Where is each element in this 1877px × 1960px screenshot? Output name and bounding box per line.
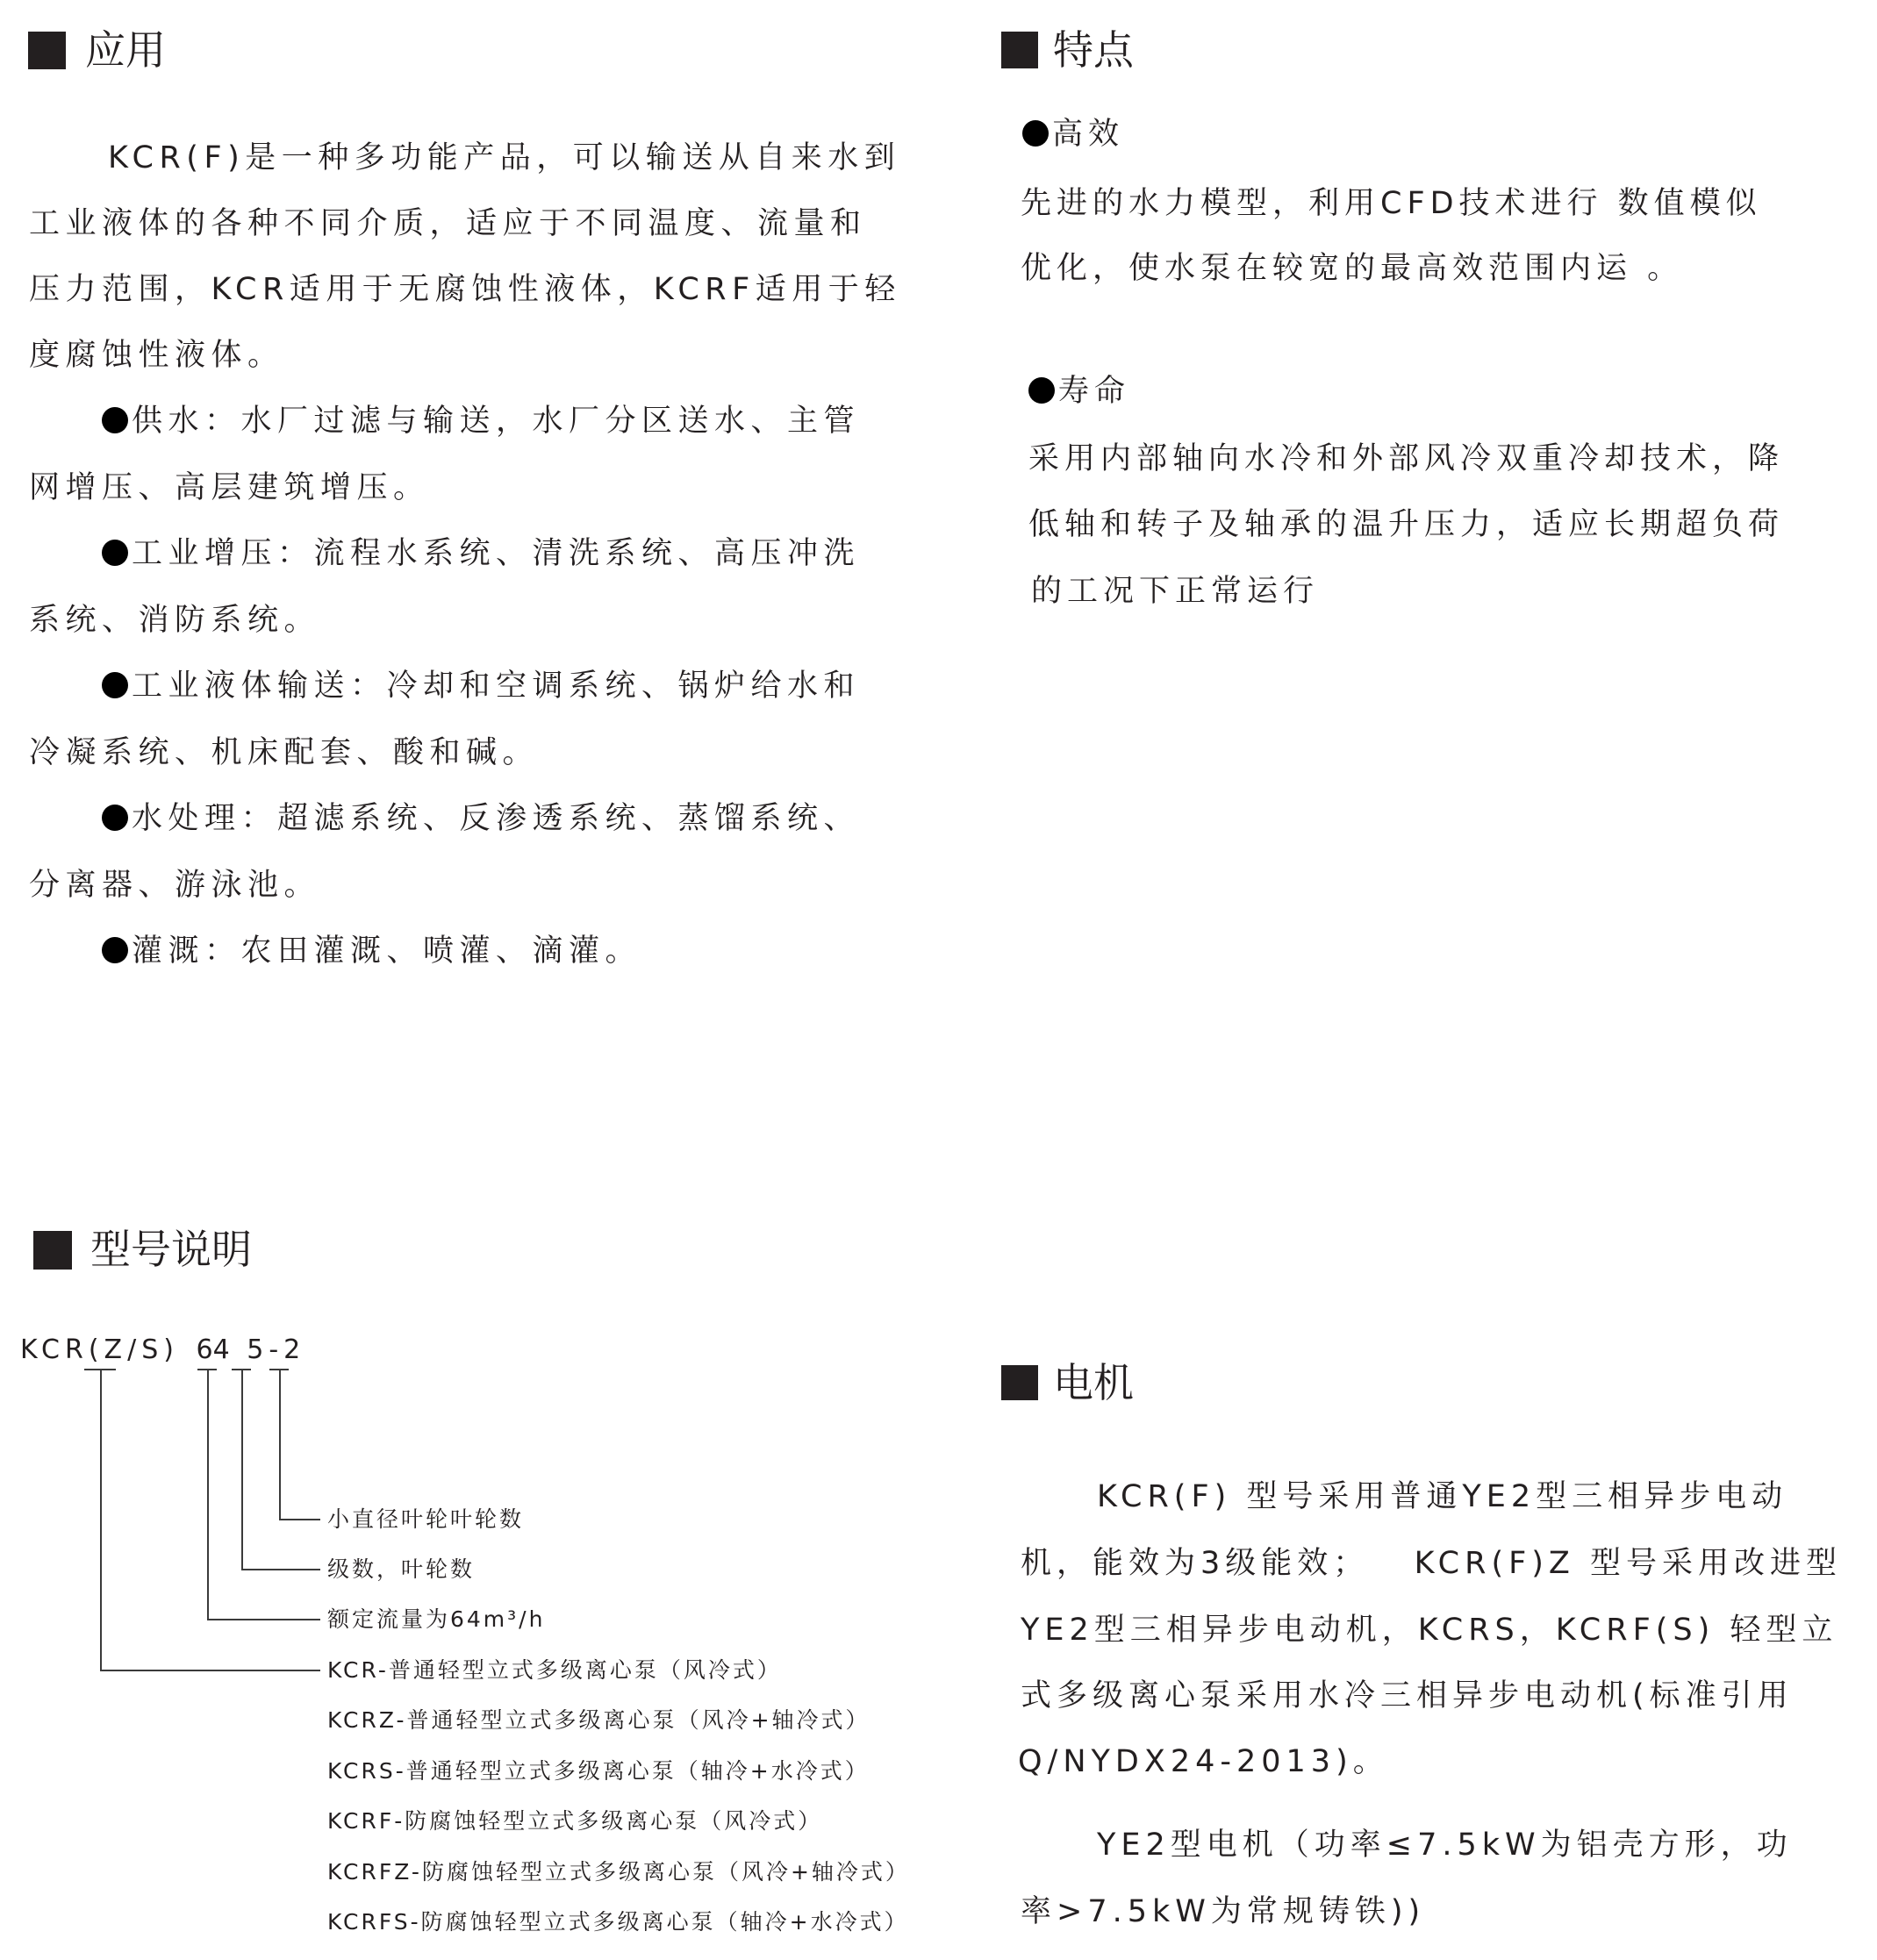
model-label-series: KCRF-防腐蚀轻型立式多级离心泵（风冷式） bbox=[327, 1808, 822, 1835]
application-item-cont: 网增压、高层建筑增压。 bbox=[29, 470, 430, 505]
model-label-series: KCR-普通轻型立式多级离心泵（风冷式） bbox=[327, 1657, 782, 1684]
application-item: 工业增压：流程水系统、清洗系统、高压冲洗 bbox=[102, 536, 860, 571]
leader-line bbox=[241, 1369, 243, 1570]
heading-square-icon bbox=[1001, 32, 1038, 68]
leader-line bbox=[207, 1619, 320, 1620]
model-code-dash: - bbox=[269, 1334, 283, 1365]
model-code-small-impellers: 2 bbox=[283, 1334, 305, 1365]
application-intro-line: KCR(F)是一种多功能产品，可以输送从自来水到 bbox=[108, 140, 900, 175]
model-code-flow: 64 bbox=[196, 1334, 229, 1365]
application-item: 水处理：超滤系统、反渗透系统、蒸馏系统、 bbox=[102, 801, 860, 836]
leader-line bbox=[241, 1569, 320, 1570]
model-title: 型号说明 bbox=[90, 1227, 252, 1271]
leader-line bbox=[100, 1369, 102, 1670]
model-code: KCR(Z/S) 64 5-2 bbox=[20, 1335, 305, 1365]
leader-line bbox=[207, 1369, 209, 1620]
motor-line: Q/NYDX24-2013)。 bbox=[1018, 1744, 1389, 1779]
feature-heading: 寿命 bbox=[1028, 374, 1130, 409]
application-item-cont: 冷凝系统、机床配套、酸和碱。 bbox=[29, 735, 539, 770]
application-item-cont: 分离器、游泳池。 bbox=[29, 868, 320, 903]
heading-square-icon bbox=[28, 32, 66, 69]
model-code-stages: 5 bbox=[247, 1334, 269, 1365]
application-intro-line: 工业液体的各种不同介质，适应于不同温度、流量和 bbox=[29, 206, 867, 241]
heading-square-icon bbox=[1001, 1365, 1038, 1400]
motor-line: KCR(F) 型号采用普通YE2型三相异步电动 bbox=[1097, 1479, 1787, 1514]
features-title: 特点 bbox=[1053, 28, 1134, 72]
leader-line bbox=[279, 1519, 320, 1520]
motor-line: YE2型电机（功率≤7.5kW为铝壳方形，功 bbox=[1097, 1828, 1793, 1863]
motor-line: 式多级离心泵采用水冷三相异步电动机(标准引用 bbox=[1021, 1678, 1794, 1713]
application-intro-line: 压力范围，KCR适用于无腐蚀性液体，KCRF适用于轻 bbox=[29, 272, 901, 307]
application-item-cont: 系统、消防系统。 bbox=[29, 603, 320, 638]
model-label-series: KCRS-普通轻型立式多级离心泵（轴冷+水冷式） bbox=[327, 1758, 870, 1785]
feature-heading: 高效 bbox=[1022, 117, 1124, 152]
leader-line bbox=[100, 1670, 320, 1671]
motor-line: 率>7.5kW为常规铸铁)) bbox=[1021, 1894, 1425, 1929]
application-intro-line: 度腐蚀性液体。 bbox=[29, 338, 284, 373]
motor-line: YE2型三相异步电动机，KCRS，KCRF(S) 轻型立 bbox=[1021, 1613, 1838, 1648]
bullet-icon bbox=[102, 540, 128, 566]
application-item: 供水：水厂过滤与输送，水厂分区送水、主管 bbox=[102, 404, 860, 439]
motor-title: 电机 bbox=[1053, 1361, 1134, 1405]
model-label-small-impellers: 小直径叶轮叶轮数 bbox=[327, 1506, 524, 1533]
bullet-icon bbox=[1028, 377, 1055, 404]
model-label-flow: 额定流量为64m³/h bbox=[327, 1606, 545, 1633]
model-label-series: KCRFZ-防腐蚀轻型立式多级离心泵（风冷+轴冷式） bbox=[327, 1859, 910, 1885]
feature-line: 低轴和转子及轴承的温升压力，适应长期超负荷 bbox=[1028, 507, 1784, 542]
bullet-icon bbox=[102, 672, 128, 698]
feature-line: 采用内部轴向水冷和外部风冷双重冷却技术，降 bbox=[1028, 441, 1784, 476]
application-title: 应用 bbox=[85, 28, 166, 72]
model-label-stages: 级数，叶轮数 bbox=[327, 1556, 475, 1583]
leader-line bbox=[279, 1369, 281, 1520]
heading-square-icon bbox=[33, 1231, 72, 1270]
model-code-series: KCR(Z/S) bbox=[20, 1334, 179, 1365]
model-label-series: KCRZ-普通轻型立式多级离心泵（风冷+轴冷式） bbox=[327, 1707, 870, 1734]
motor-line: 机，能效为3级能效； KCR(F)Z 型号采用改进型 bbox=[1021, 1546, 1842, 1581]
feature-line: 优化，使水泵在较宽的最高效范围内运 。 bbox=[1021, 251, 1683, 286]
feature-line: 的工况下正常运行 bbox=[1031, 574, 1319, 609]
model-label-series: KCRFS-防腐蚀轻型立式多级离心泵（轴冷+水冷式） bbox=[327, 1909, 909, 1935]
bullet-icon bbox=[102, 805, 128, 831]
application-item: 工业液体输送：冷却和空调系统、锅炉给水和 bbox=[102, 669, 860, 704]
bullet-icon bbox=[102, 937, 128, 963]
bullet-icon bbox=[102, 407, 128, 433]
application-item: 灌溉：农田灌溉、喷灌、滴灌。 bbox=[102, 934, 641, 969]
bullet-icon bbox=[1022, 120, 1049, 147]
feature-line: 先进的水力模型，利用CFD技术进行 数值模似 bbox=[1021, 186, 1762, 221]
